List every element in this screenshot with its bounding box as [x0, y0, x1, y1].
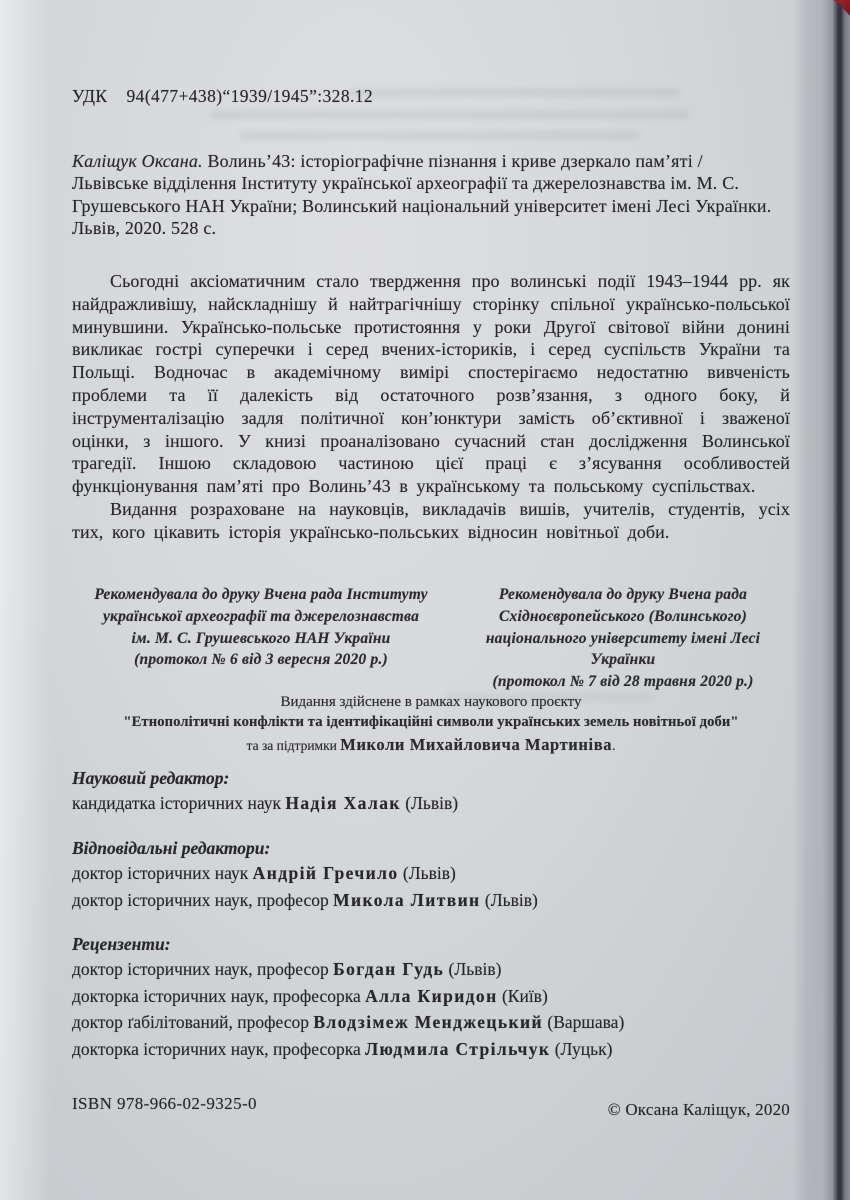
entry-person-name: Микола Литвин [333, 890, 480, 910]
responsible-editor-entry: доктор історичних наук, професор Микола … [72, 887, 790, 914]
entry-person-name: Влодзімеж Менджецький [313, 1012, 543, 1032]
annotation-paragraph-1: Сьогодні аксіоматичним стало твердження … [72, 270, 790, 498]
reviewer-entry: докторка історичних наук, професорка Алл… [72, 983, 790, 1010]
annotation-paragraph-2: Видання розраховане на науковців, виклад… [72, 498, 790, 544]
reviewer-entry: докторка історичних наук, професорка Люд… [72, 1036, 790, 1063]
supporter-name: Миколи Михайловича Мартиніва [340, 735, 612, 754]
entry-degree: докторка історичних наук, професорка [72, 986, 365, 1006]
entry-degree: доктор історичних наук [72, 863, 253, 883]
responsible-editors-section: Відповідальні редактори: доктор історичн… [72, 836, 790, 913]
scientific-editor-entry: кандидатка історичних наук Надія Халак (… [72, 790, 790, 817]
support-prefix: та за підтримки [247, 738, 341, 753]
approval-institute-left: Рекомендувала до друку Вчена рада Інстит… [72, 584, 450, 671]
entry-city: (Луцьк) [550, 1039, 612, 1059]
responsible-editors-heading: Відповідальні редактори: [72, 836, 790, 860]
entry-city: (Варшава) [543, 1012, 624, 1032]
bibliographic-citation: Каліщук Оксана. Волинь’43: історіографіч… [72, 150, 772, 240]
entry-city: (Львів) [444, 959, 501, 979]
entry-person-name: Людмила Стрільчук [365, 1039, 550, 1059]
entry-degree: доктор ґабілітований, професор [72, 1012, 313, 1032]
entry-person-name: Богдан Гудь [333, 959, 444, 979]
entry-city: (Львів) [401, 793, 458, 813]
project-support-line: та за підтримки Миколи Михайловича Марти… [72, 735, 790, 755]
scientific-editor-heading: Науковий редактор: [72, 766, 790, 790]
entry-person-name: Алла Киридон [365, 986, 497, 1006]
approval-statements: Рекомендувала до друку Вчена рада Інстит… [72, 584, 790, 696]
reviewers-heading: Рецензенти: [72, 932, 790, 956]
entry-degree: доктор історичних наук, професор [72, 959, 333, 979]
entry-person-name: Надія Халак [285, 793, 401, 813]
annotation-block: Сьогодні аксіоматичним стало твердження … [72, 270, 790, 544]
entry-degree: докторка історичних наук, професорка [72, 1039, 365, 1059]
approval-university-right: Рекомендувала до друку Вчена рада Східно… [456, 584, 790, 693]
isbn-number: ISBN 978-966-02-9325-0 [72, 1094, 257, 1114]
reviewer-entry: доктор історичних наук, професор Богдан … [72, 956, 790, 983]
entry-degree: кандидатка історичних наук [72, 793, 285, 813]
citation-author: Каліщук Оксана. [72, 151, 203, 171]
entry-city: (Київ) [498, 986, 548, 1006]
book-page-stack-edge [792, 0, 850, 1200]
reviewer-entry: доктор ґабілітований, професор Влодзімеж… [72, 1009, 790, 1036]
copyright-notice: © Оксана Каліщук, 2020 [608, 1100, 790, 1120]
entry-city: (Львів) [399, 863, 456, 883]
project-acknowledgement: Видання здійснене в рамках наукового про… [72, 694, 790, 755]
entry-city: (Львів) [481, 890, 538, 910]
page-left-highlight [0, 0, 52, 1200]
entry-degree: доктор історичних наук, професор [72, 890, 333, 910]
scanned-book-page-photo: УДК 94(477+438)“1939/1945”:328.12 Каліщу… [0, 0, 850, 1200]
imprint-page-content: УДК 94(477+438)“1939/1945”:328.12 Каліщу… [72, 0, 790, 1200]
scientific-editor-section: Науковий редактор: кандидатка історичних… [72, 766, 790, 817]
reviewers-section: Рецензенти: доктор історичних наук, проф… [72, 932, 790, 1062]
entry-person-name: Андрій Гречило [253, 863, 399, 883]
support-suffix: . [612, 738, 615, 753]
responsible-editor-entry: доктор історичних наук Андрій Гречило (Л… [72, 860, 790, 887]
project-line-1: Видання здійснене в рамках наукового про… [72, 694, 790, 711]
project-title-line: "Етнополітичні конфлікти та ідентифікаці… [72, 714, 790, 731]
udc-classification-line: УДК 94(477+438)“1939/1945”:328.12 [72, 86, 790, 107]
